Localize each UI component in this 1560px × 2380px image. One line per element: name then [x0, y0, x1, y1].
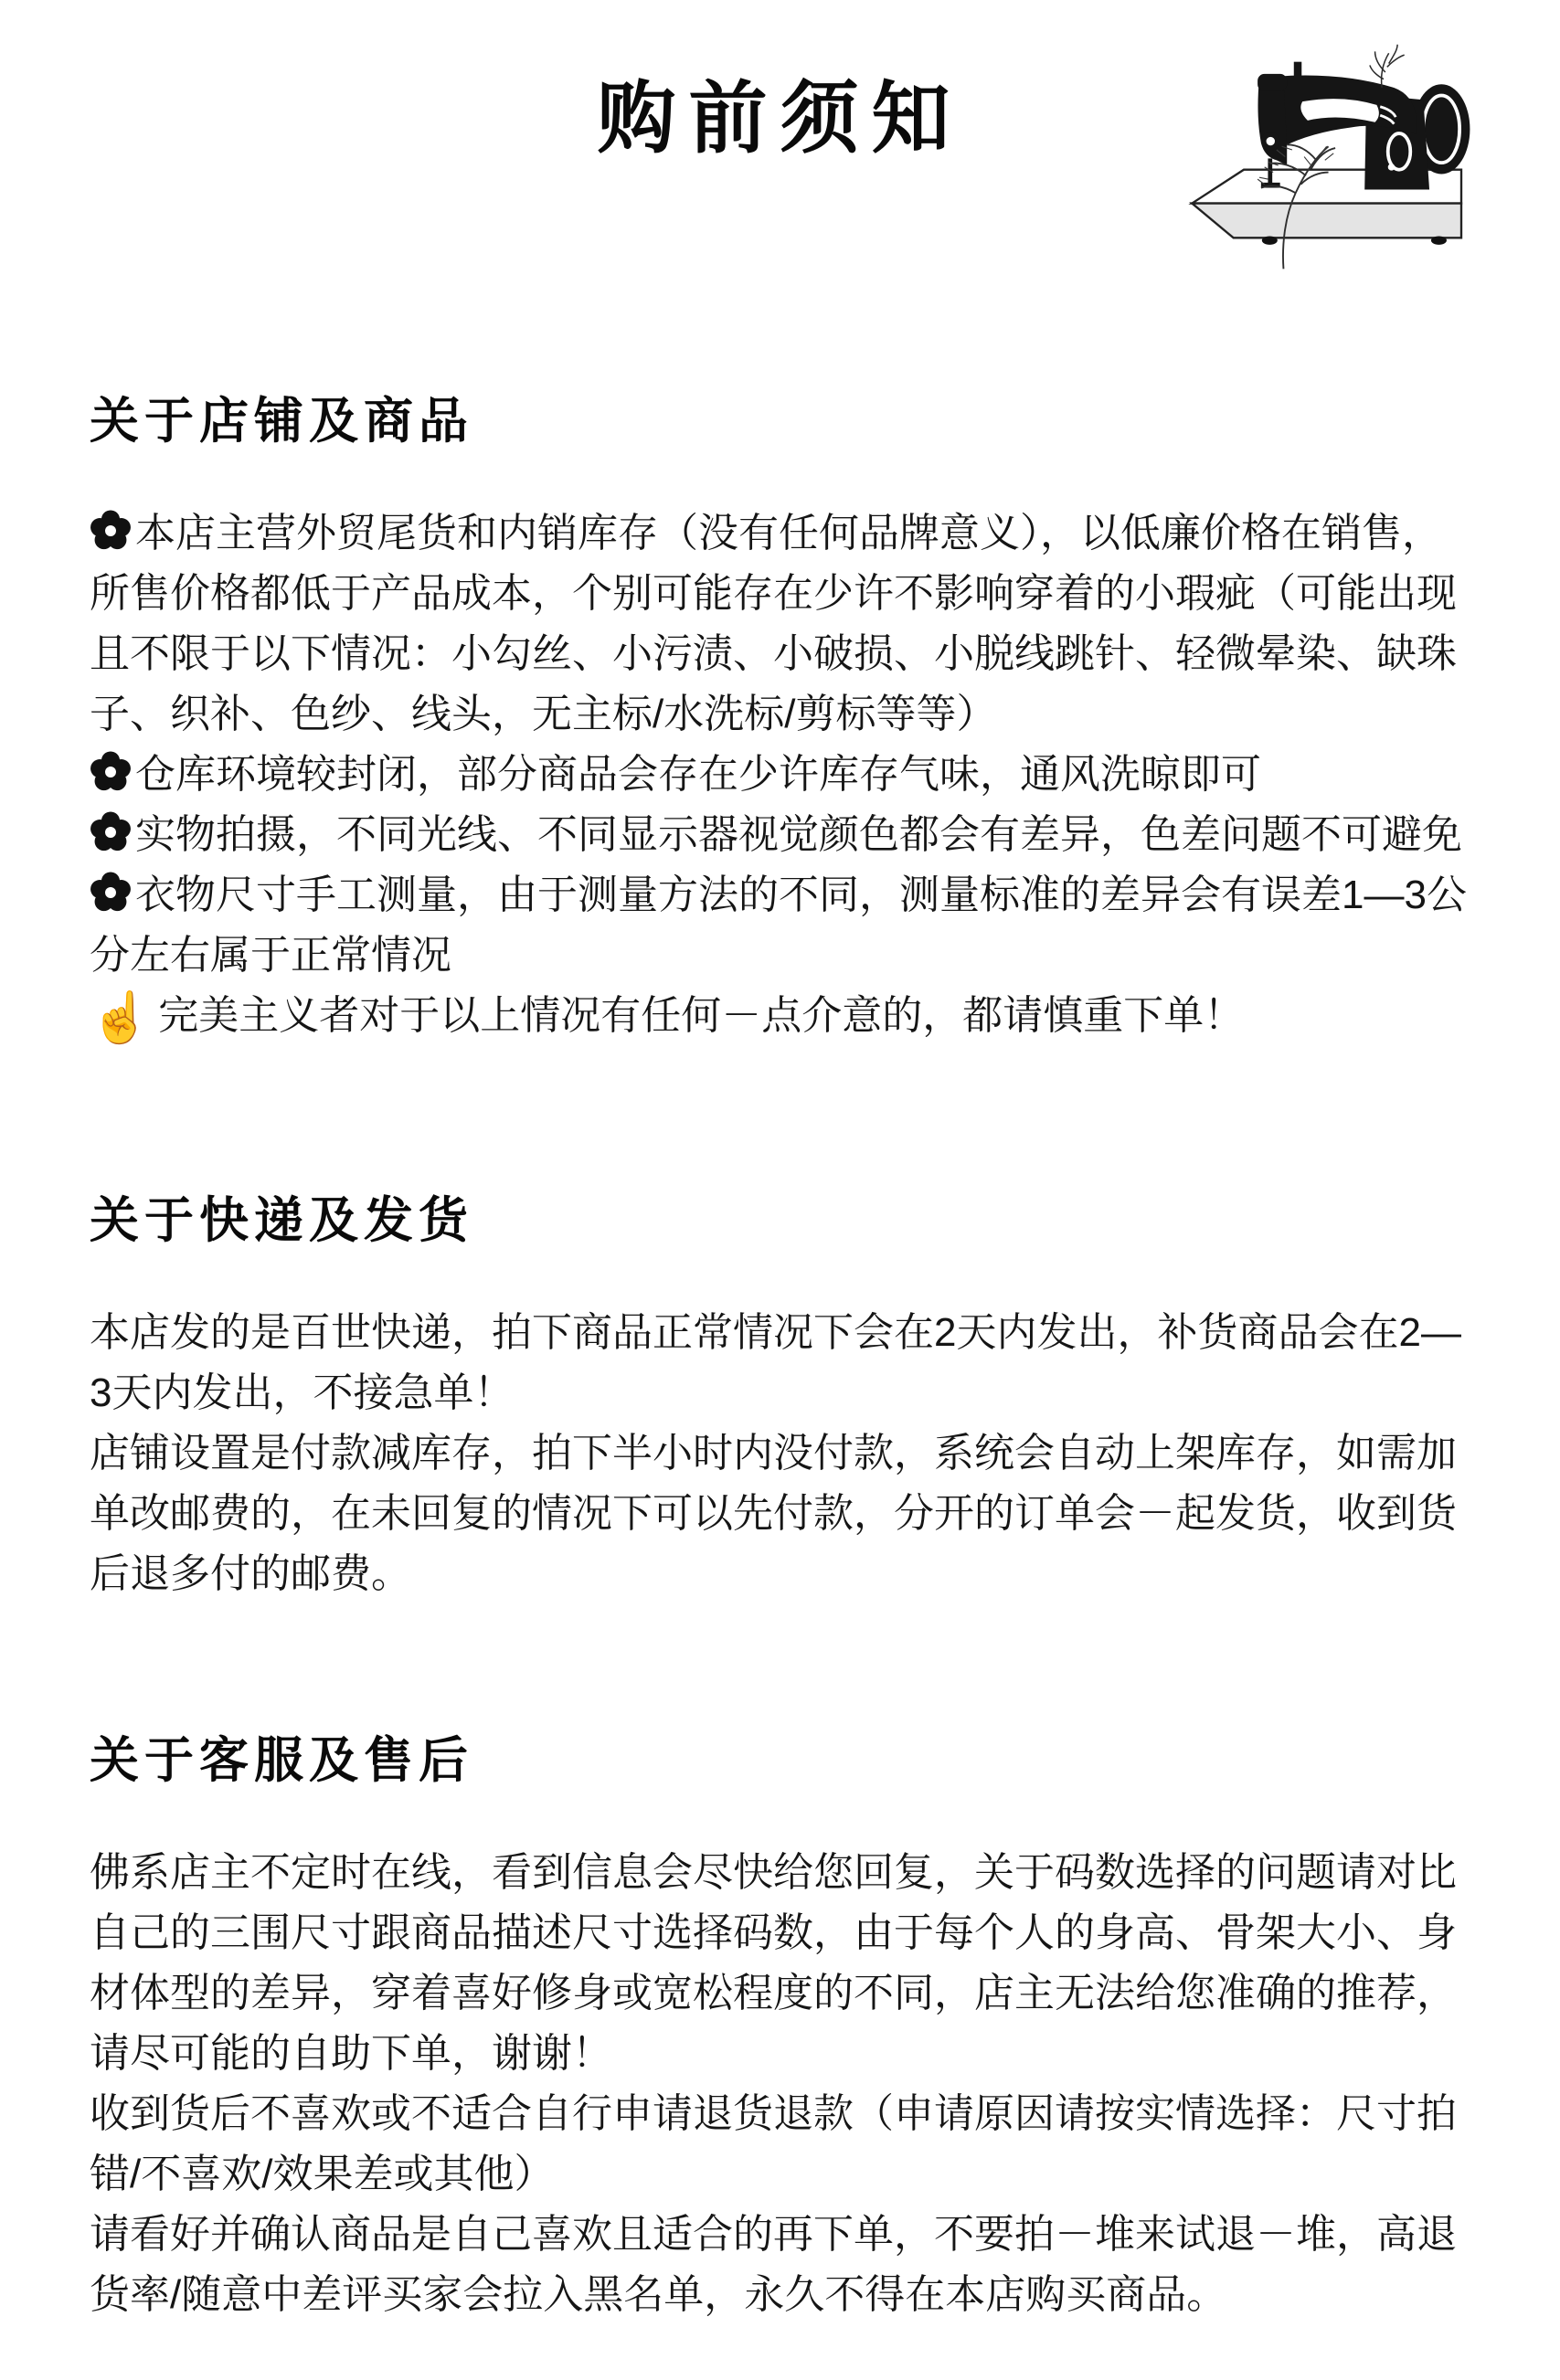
notice-item: 衣物尺寸手工测量，由于测量方法的不同，测量标准的差异会有误差1—3公分左右属于正… — [90, 865, 1470, 986]
sewing-machine-icon — [1182, 13, 1492, 287]
notice-paragraph: 店铺设置是付款减库存，拍下半小时内没付款，系统会自动上架库存，如需加单改邮费的，… — [90, 1423, 1470, 1604]
notice-item-warning: ☝完美主义者对于以上情况有任何－点介意的，都请慎重下单！ — [90, 986, 1470, 1046]
flower-icon — [90, 810, 132, 852]
notice-paragraph: 收到货后不喜欢或不适合自行申请退货退款（申请原因请按实情选择：尺寸拍错/不喜欢/… — [90, 2084, 1470, 2205]
section-shop-and-products: 关于店铺及商品 本店主营外贸尾货和内销库存（没有任何品牌意义），以低廉价格在销售… — [90, 382, 1470, 1046]
notice-item-text: 实物拍摄，不同光线、不同显示器视觉颜色都会有差异，色差问题不可避免 — [135, 812, 1462, 857]
pointing-hand-icon: ☝ — [90, 993, 151, 1042]
section-shipping: 关于快递及发货 本店发的是百世快递，拍下商品正常情况下会在2天内发出，补货商品会… — [90, 1181, 1470, 1604]
notice-paragraph: 请看好并确认商品是自己喜欢且适合的再下单，不要拍－堆来试退－堆，高退货率/随意中… — [90, 2205, 1470, 2325]
sewing-machine-illustration — [1182, 13, 1492, 287]
notice-item: 本店主营外贸尾货和内销库存（没有任何品牌意义），以低廉价格在销售，所售价格都低于… — [90, 503, 1470, 745]
notice-paragraph: 佛系店主不定时在线，看到信息会尽快给您回复，关于码数选择的问题请对比自己的三围尺… — [90, 1843, 1470, 2084]
flower-icon — [90, 509, 132, 551]
notice-paragraph: 本店发的是百世快递，拍下商品正常情况下会在2天内发出，补货商品会在2—3天内发出… — [90, 1303, 1470, 1423]
notice-item-text: 衣物尺寸手工测量，由于测量方法的不同，测量标准的差异会有误差1—3公分左右属于正… — [90, 873, 1467, 978]
section-heading: 关于客服及售后 — [90, 1721, 1470, 1792]
section-customer-service: 关于客服及售后 佛系店主不定时在线，看到信息会尽快给您回复，关于码数选择的问题请… — [90, 1721, 1470, 2325]
notice-item-text: 仓库环境较封闭，部分商品会存在少许库存气味，通风洗晾即可 — [135, 752, 1261, 797]
section-heading: 关于快递及发货 — [90, 1181, 1470, 1252]
notice-page: 购前须知 — [0, 0, 1560, 2380]
flower-icon — [90, 750, 132, 792]
flower-icon — [90, 871, 132, 913]
notice-item: 仓库环境较封闭，部分商品会存在少许库存气味，通风洗晾即可 — [90, 745, 1470, 805]
notice-item-text: 本店主营外贸尾货和内销库存（没有任何品牌意义），以低廉价格在销售，所售价格都低于… — [90, 511, 1457, 736]
notice-item-text: 完美主义者对于以上情况有任何－点介意的，都请慎重下单！ — [158, 993, 1244, 1038]
section-heading: 关于店铺及商品 — [90, 382, 1470, 452]
page-header: 购前须知 — [90, 0, 1470, 301]
notice-item: 实物拍摄，不同光线、不同显示器视觉颜色都会有差异，色差问题不可避免 — [90, 805, 1470, 865]
